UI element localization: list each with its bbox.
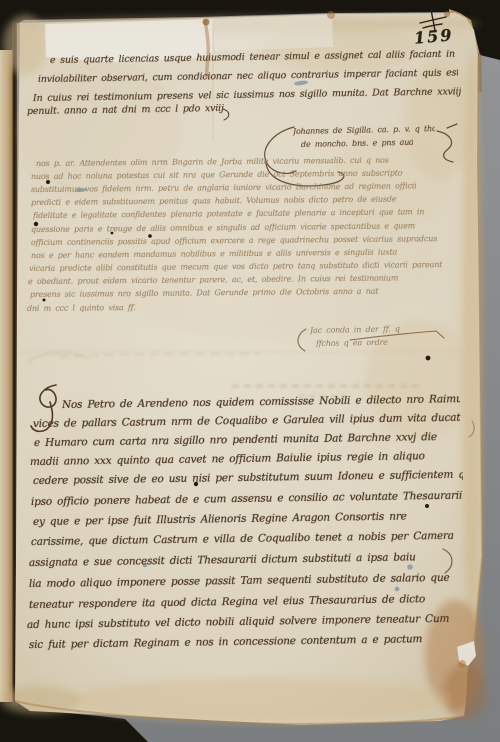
folio-number: 159 <box>413 25 454 47</box>
previous-folio-edge <box>0 50 13 702</box>
registration-note-line: ffchos q ea ordre <box>316 338 416 348</box>
manuscript-photo: 159 e suis quarte licencias usque huiusm… <box>0 0 500 742</box>
